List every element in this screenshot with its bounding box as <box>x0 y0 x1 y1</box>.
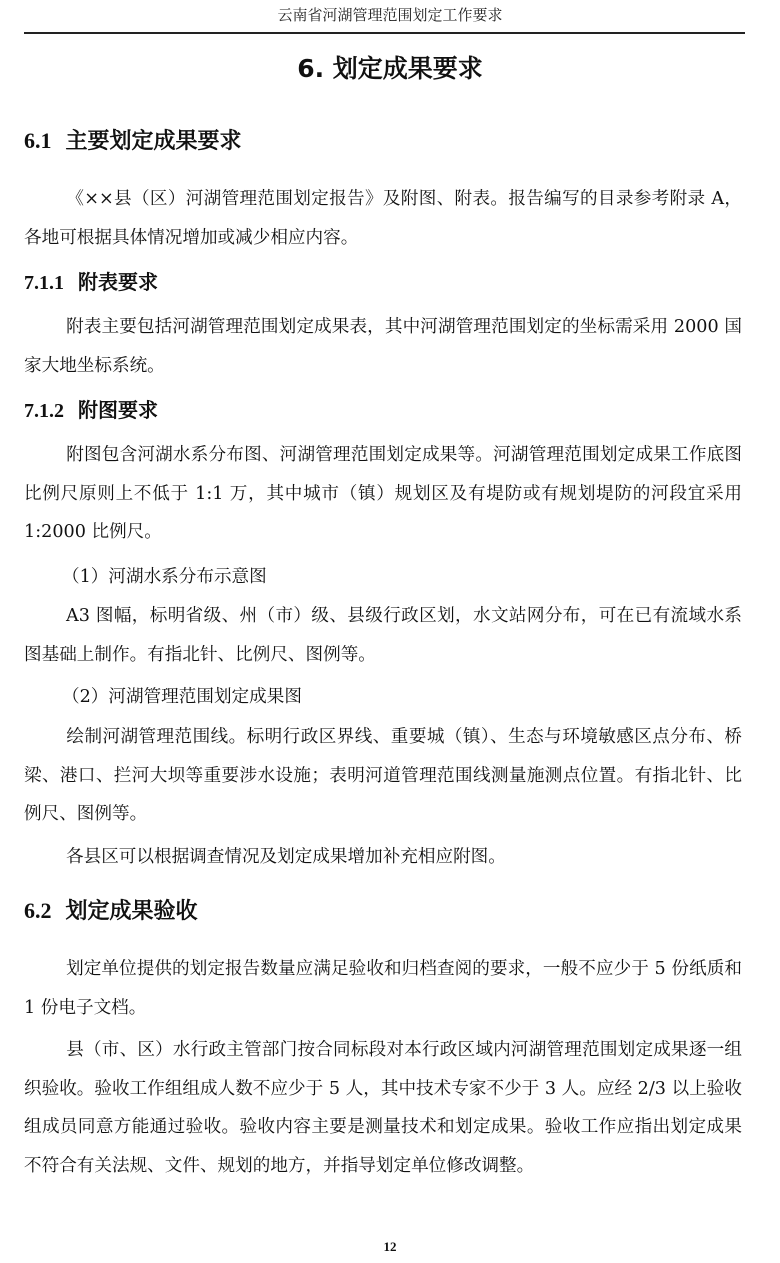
section-number: 6.2 <box>24 898 52 923</box>
section-heading-6-2: 6.2划定成果验收 <box>24 896 198 927</box>
subsection-number: 7.1.1 <box>24 272 64 294</box>
subsection-title: 附表要求 <box>78 270 158 294</box>
paragraph: 县（市、区）水行政主管部门按合同标段对本行政区域内河湖管理范围划定成果逐一组织验… <box>24 1031 742 1185</box>
paragraph-text: 县（市、区）水行政主管部门按合同标段对本行政区域内河湖管理范围划定成果逐一组织验… <box>24 1040 742 1176</box>
paragraph: A3 图幅，标明省级、州（市）级、县级行政区划，水文站网分布，可在已有流域水系图… <box>24 597 742 674</box>
section-title: 主要划定成果要求 <box>66 129 242 154</box>
paragraph: 划定单位提供的划定报告数量应满足验收和归档查阅的要求，一般不应少于 5 份纸质和… <box>24 950 742 1027</box>
subsection-number: 7.1.2 <box>24 400 64 422</box>
section-heading-6-1: 6.1主要划定成果要求 <box>24 126 242 157</box>
paragraph-text: 《××县（区）河湖管理范围划定报告》及附图、附表。报告编写的目录参考附录 A，各… <box>24 189 742 248</box>
paragraph-text: 附表主要包括河湖管理范围划定成果表，其中河湖管理范围划定的坐标需采用 2000 … <box>24 317 742 376</box>
paragraph-text: 附图包含河湖水系分布图、河湖管理范围划定成果等。河湖管理范围划定成果工作底图比例… <box>24 445 742 542</box>
header-divider <box>24 32 745 34</box>
paragraph-text: 各县区可以根据调查情况及划定成果增加补充相应附图。 <box>66 847 506 867</box>
paragraph: 各县区可以根据调查情况及划定成果增加补充相应附图。 <box>24 838 742 877</box>
chapter-title: 6. 划定成果要求 <box>0 52 780 86</box>
paragraph: 附表主要包括河湖管理范围划定成果表，其中河湖管理范围划定的坐标需采用 2000 … <box>24 308 742 385</box>
subsection-heading-7-1-2: 7.1.2附图要求 <box>24 396 158 425</box>
list-item-label: （1）河湖水系分布示意图 <box>62 558 267 597</box>
paragraph: 附图包含河湖水系分布图、河湖管理范围划定成果等。河湖管理范围划定成果工作底图比例… <box>24 436 742 552</box>
section-title: 划定成果验收 <box>66 899 198 924</box>
paragraph-text: 绘制河湖管理范围线。标明行政区界线、重要城（镇）、生态与环境敏感区点分布、桥梁、… <box>24 727 742 824</box>
paragraph-text: 划定单位提供的划定报告数量应满足验收和归档查阅的要求，一般不应少于 5 份纸质和… <box>24 959 742 1018</box>
list-item-label: （2）河湖管理范围划定成果图 <box>62 678 302 717</box>
paragraph: 《××县（区）河湖管理范围划定报告》及附图、附表。报告编写的目录参考附录 A，各… <box>24 180 742 257</box>
page-number: 12 <box>0 1238 780 1256</box>
section-number: 6.1 <box>24 128 52 153</box>
subsection-title: 附图要求 <box>78 398 158 422</box>
paragraph-text: A3 图幅，标明省级、州（市）级、县级行政区划，水文站网分布，可在已有流域水系图… <box>24 606 742 665</box>
subsection-heading-7-1-1: 7.1.1附表要求 <box>24 268 158 297</box>
running-header-title: 云南省河湖管理范围划定工作要求 <box>0 4 780 26</box>
paragraph: 绘制河湖管理范围线。标明行政区界线、重要城（镇）、生态与环境敏感区点分布、桥梁、… <box>24 718 742 834</box>
